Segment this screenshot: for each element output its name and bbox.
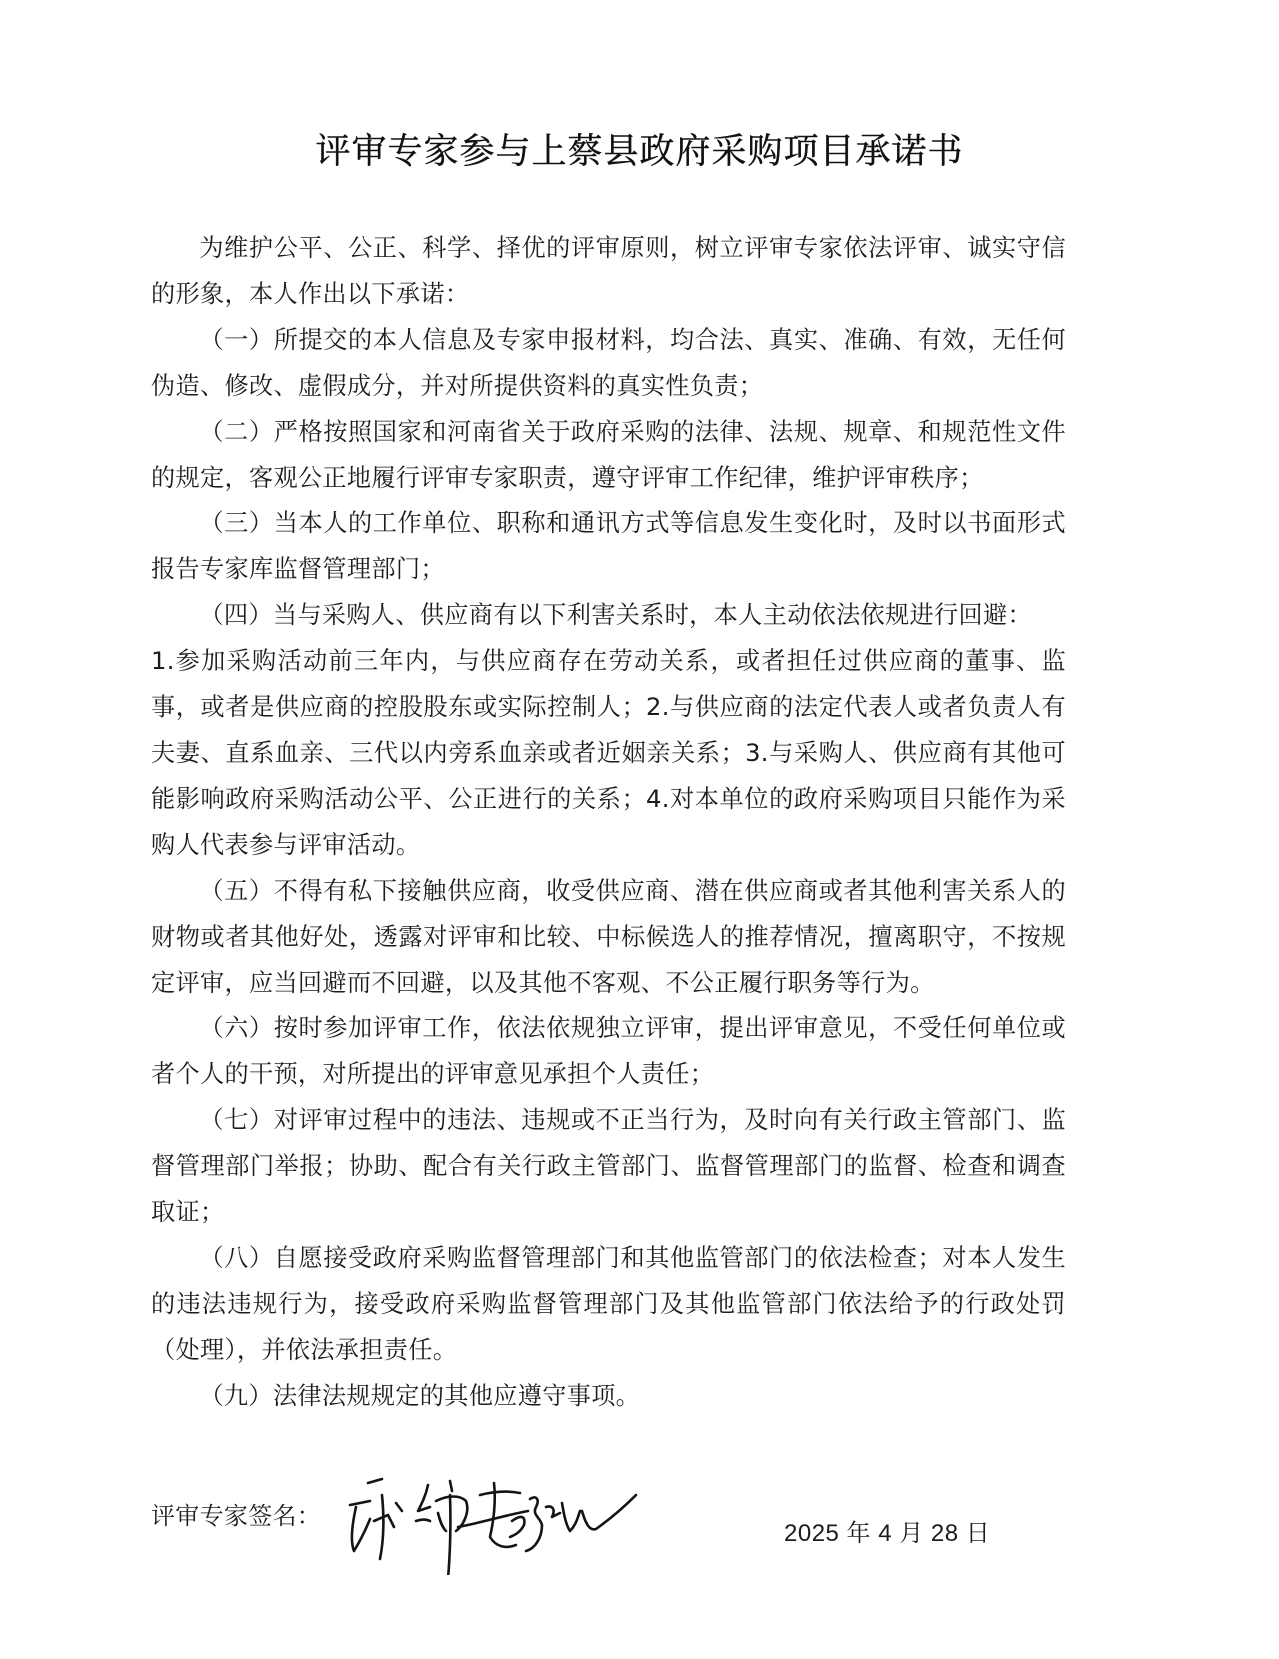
handwritten-signature — [330, 1455, 690, 1575]
document-title: 评审专家参与上蔡县政府采购项目承诺书 — [0, 124, 1279, 174]
document-page: 评审专家参与上蔡县政府采购项目承诺书 为维护公平、公正、科学、择优的评审原则，树… — [0, 0, 1279, 1659]
document-date: 2025 年 4 月 28 日 — [784, 1513, 990, 1548]
signature-label: 评审专家签名： — [151, 1496, 321, 1531]
intro-paragraph: 为维护公平、公正、科学、择优的评审原则，树立评审专家依法评审、诚实守信的形象，本… — [151, 226, 1066, 318]
commitment-4-details: 1.参加采购活动前三年内，与供应商存在劳动关系，或者担任过供应商的董事、监事，或… — [151, 639, 1066, 869]
commitment-2: （二）严格按照国家和河南省关于政府采购的法律、法规、规章、和规范性文件的规定，客… — [151, 410, 1066, 502]
commitment-6: （六）按时参加评审工作，依法依规独立评审，提出评审意见，不受任何单位或者个人的干… — [151, 1006, 1066, 1098]
commitment-1: （一）所提交的本人信息及专家申报材料，均合法、真实、准确、有效，无任何伪造、修改… — [151, 318, 1066, 410]
commitment-3: （三）当本人的工作单位、职称和通讯方式等信息发生变化时，及时以书面形式报告专家库… — [151, 501, 1066, 593]
document-body: 为维护公平、公正、科学、择优的评审原则，树立评审专家依法评审、诚实守信的形象，本… — [151, 226, 1066, 1420]
commitment-8: （八）自愿接受政府采购监督管理部门和其他监管部门的依法检查；对本人发生的违法违规… — [151, 1236, 1066, 1374]
commitment-9: （九）法律法规规定的其他应遵守事项。 — [151, 1374, 1066, 1420]
commitment-5: （五）不得有私下接触供应商，收受供应商、潜在供应商或者其他利害关系人的财物或者其… — [151, 869, 1066, 1007]
commitment-4: （四）当与采购人、供应商有以下利害关系时，本人主动依法依规进行回避： — [151, 593, 1066, 639]
signature-row: 评审专家签名： — [151, 1483, 321, 1543]
commitment-7: （七）对评审过程中的违法、违规或不正当行为，及时向有关行政主管部门、监督管理部门… — [151, 1098, 1066, 1236]
